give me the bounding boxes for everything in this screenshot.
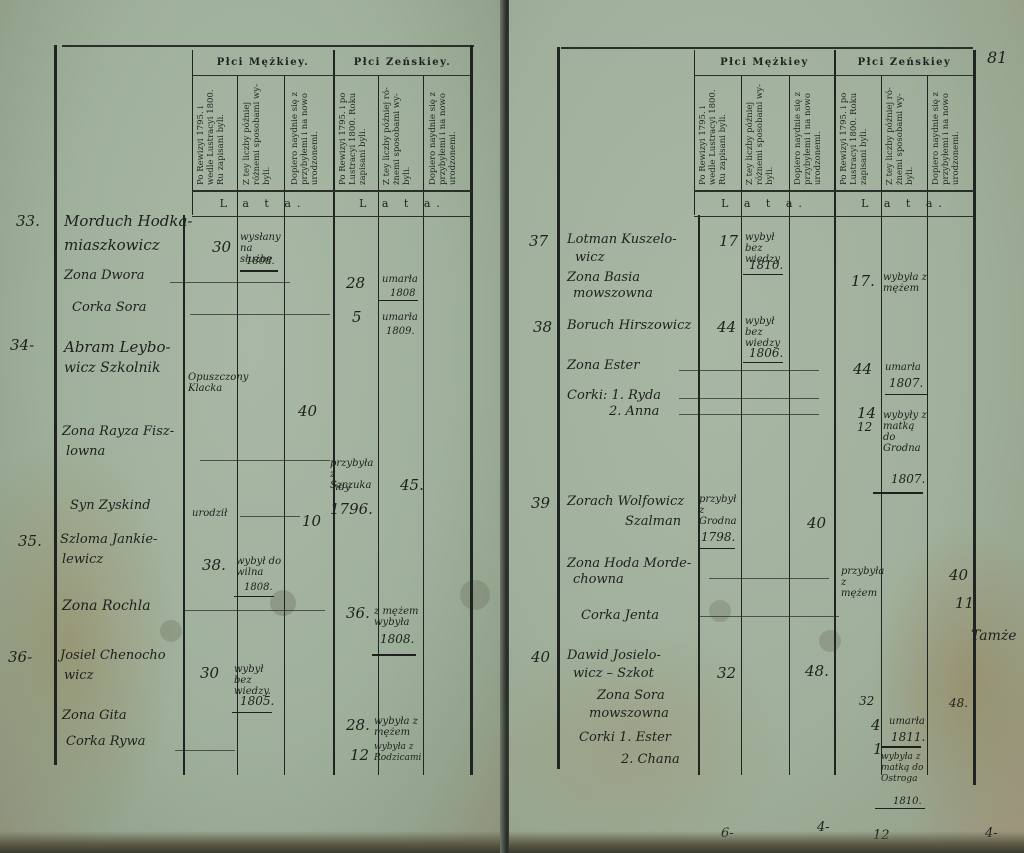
male-age: 32 (717, 664, 736, 682)
female-age: 5 (352, 308, 362, 326)
female-departure-year: 1811. (891, 732, 925, 743)
margin-note: Tamże (971, 628, 1017, 644)
col-header-female-departed: Z tey liczby później ró- żnemi sposobami… (382, 80, 420, 185)
entry-number: 40 (531, 648, 550, 666)
male-note: urodził (192, 508, 227, 519)
male-current-age: 48. (805, 662, 829, 680)
female-arrival-year: 1796. (330, 500, 373, 518)
male-arrival-note: przybył z Grodna (699, 494, 741, 527)
entry-name: 2. Chana (621, 752, 680, 767)
top-rule (62, 45, 474, 47)
male-current-age: 40 (298, 402, 317, 420)
female-departure-note: z mężem wybyła (374, 606, 420, 628)
female-current-age: 48. (949, 696, 968, 710)
male-departure-note: wybył do wilna (236, 556, 284, 578)
male-departure-note: wybył bez wiedzy (745, 316, 791, 349)
entry-name: Corki: 1. Ryda (567, 388, 661, 403)
right-page: 81 Płci Mężkiey Płci Zeńskiey Po Rewizyi… (509, 0, 1024, 853)
male-age: 38. (202, 556, 226, 574)
entry-name: Lotman Kuszelo- (567, 232, 677, 247)
female-age: 12 (857, 420, 872, 434)
female-current-age: 40 (949, 566, 968, 584)
entry-name: Boruch Hirszowicz (567, 318, 691, 333)
col-header-male-recorded: Po Rewizyi 1795. i wedle Lustracyi 1800.… (196, 80, 234, 185)
entry-name-cont: Szalman (625, 514, 681, 529)
years-label-male: L a t a. (695, 197, 834, 210)
female-current-age: 45. (400, 476, 424, 494)
entry-number: 38 (533, 318, 552, 336)
male-group-header: Płci Mężkiey (695, 57, 834, 68)
entry-name-cont: wicz (575, 250, 604, 265)
entry-name-cont: wicz (64, 668, 93, 683)
col-header-male-current: Dopiero naydnie się z przybyłemi i na no… (290, 80, 328, 185)
col-header-female-departed: Z tey liczby później ró- żnemi sposobami… (885, 80, 923, 185)
entry-name: Zona Sora (597, 688, 665, 703)
male-current-age: 10 (302, 512, 321, 530)
female-age: 17. (851, 272, 875, 290)
male-age: 44 (717, 318, 736, 336)
ledger-spread: Płci Mężkiey. Płci Zeńskiey. Po Rewizyi … (0, 0, 1024, 853)
female-departure-note: wybyła z mężem (883, 272, 929, 294)
entry-name: 2. Anna (609, 404, 659, 419)
entry-name: Corki 1. Ester (579, 730, 671, 745)
entry-name: Morduch Hodka- (64, 212, 192, 230)
female-age: 32 (859, 694, 874, 708)
entry-name: Zona Gita (62, 708, 127, 723)
male-group-header: Płci Mężkiey. (193, 57, 333, 68)
female-departure-note: umarła (885, 362, 921, 373)
male-note: Opuszczony Klacka (188, 372, 238, 394)
female-departure-note: umarła (889, 716, 925, 727)
col-header-male-departed: Z tey liczby później różnemi sposobami w… (242, 80, 280, 185)
female-departure-note: umarła (382, 312, 418, 323)
female-departure-note: wybyła z Rodzicami (374, 742, 420, 764)
entry-name-cont: lewicz (62, 552, 103, 567)
entry-name-cont: lowna (66, 444, 105, 459)
years-label-female: L a t a. (335, 197, 470, 210)
entry-number: 33. (16, 212, 40, 230)
col-header-female-current: Dopiero naydnie się z przybyłemi i na no… (931, 80, 969, 185)
left-outer-rule (54, 45, 57, 765)
female-departure-year: 1807. (889, 378, 923, 389)
entry-name: Zona Rayza Fisz- (62, 424, 174, 439)
female-age: 28. (346, 716, 370, 734)
male-departure-year: 1808. (246, 256, 275, 267)
entry-name: Zorach Wolfowicz (567, 494, 684, 509)
female-departure-note: wybyły z matką do Grodna (883, 410, 929, 454)
female-current-age: 11 (955, 594, 974, 612)
female-departure-year: 1808. (380, 634, 414, 645)
entry-name: Corka Sora (72, 300, 146, 315)
col-header-female-recorded: Po Rewizyi 1795. i po Lustracyi 1800. Ro… (338, 80, 376, 185)
female-departure-year: 1810. (893, 796, 922, 807)
col-header-male-departed: Z tey liczby później różnemi sposobami w… (745, 80, 785, 185)
female-departure-year: 1807. (891, 474, 925, 485)
entry-name: Syn Zyskind (70, 498, 151, 513)
male-departure-year: 1806. (749, 348, 783, 359)
male-age: 17 (719, 232, 738, 250)
folio-number: 81 (987, 48, 1007, 67)
entry-number: 37 (529, 232, 548, 250)
male-departure-year: 1808. (244, 582, 273, 593)
entry-number: 36- (8, 648, 32, 666)
female-departure-note: umarła (382, 274, 418, 285)
years-label-male: L a t a. (193, 197, 333, 210)
female-departure-note: wybyła z matką do Ostroga (881, 752, 937, 785)
entry-number: 34- (10, 336, 34, 354)
years-label-female: L a t a. (836, 197, 973, 210)
entry-name: Corka Jenta (581, 608, 659, 623)
entry-name-cont: wicz Szkolnik (64, 360, 160, 376)
female-age: 44 (853, 360, 872, 378)
female-age: 12 (350, 746, 369, 764)
entry-name: Zona Rochla (62, 598, 151, 614)
page-bottom-edge (509, 831, 1024, 853)
male-arrival-year: 1798. (701, 532, 735, 543)
entry-name: Josiel Chenocho (60, 648, 166, 663)
entry-number: 35. (18, 532, 42, 550)
female-departure-year: 1809. (386, 326, 415, 337)
entry-name: Zona Dwora (64, 268, 144, 283)
col-header-female-current: Dopiero naydnie się z przybyłemi i na no… (428, 80, 466, 185)
col-header-male-recorded: Po Rewizyi 1795. i wedle Lustracyi 1800.… (698, 80, 738, 185)
female-age: 36. (346, 604, 370, 622)
entry-name: Szloma Jankie- (60, 532, 157, 547)
entry-number: 39 (531, 494, 550, 512)
male-departure-year: 1805. (240, 696, 274, 707)
male-current-age: 40 (807, 514, 826, 532)
female-group-header: Płci Zeńskiey (836, 57, 973, 68)
female-group-header: Płci Zeńskiey. (335, 57, 470, 68)
female-age: 28 (346, 274, 365, 292)
male-age: 30 (200, 664, 219, 682)
left-page: Płci Mężkiey. Płci Zeńskiey. Po Rewizyi … (0, 0, 505, 853)
page-bottom-edge (0, 831, 505, 853)
male-departure-note: wybył bez wiedzy. (234, 664, 284, 697)
entry-name-cont: chowna (573, 572, 624, 587)
entry-name: Zona Basia (567, 270, 640, 285)
entry-name: Zona Hoda Morde- (567, 556, 691, 571)
entry-name-cont: mowszowna (573, 286, 653, 301)
female-arrival-note-cont: ndy (332, 482, 351, 493)
entry-name-cont: miaszkowicz (64, 236, 160, 254)
female-departure-year: 1808 (390, 288, 415, 299)
male-departure-year: 1810. (749, 260, 783, 271)
entry-name-cont: mowszowna (589, 706, 669, 721)
male-age: 30 (212, 238, 231, 256)
entry-name: Corka Rywa (66, 734, 146, 749)
entry-name-cont: wicz – Szkot (573, 666, 654, 681)
col-header-female-recorded: Po Rewizyi 1795. i po Lustracyi 1800. Ro… (839, 80, 877, 185)
female-age: 4 (871, 716, 881, 734)
col-header-male-current: Dopiero naydnie się z przybyłemi i na no… (793, 80, 831, 185)
female-arrival-note: przybyła z mężem (841, 566, 885, 599)
entry-name: Abram Leybo- (64, 338, 171, 356)
entry-name: Zona Ester (567, 358, 639, 373)
entry-name: Dawid Josielo- (567, 648, 661, 663)
female-departure-note: wybyła z mężem (374, 716, 420, 738)
